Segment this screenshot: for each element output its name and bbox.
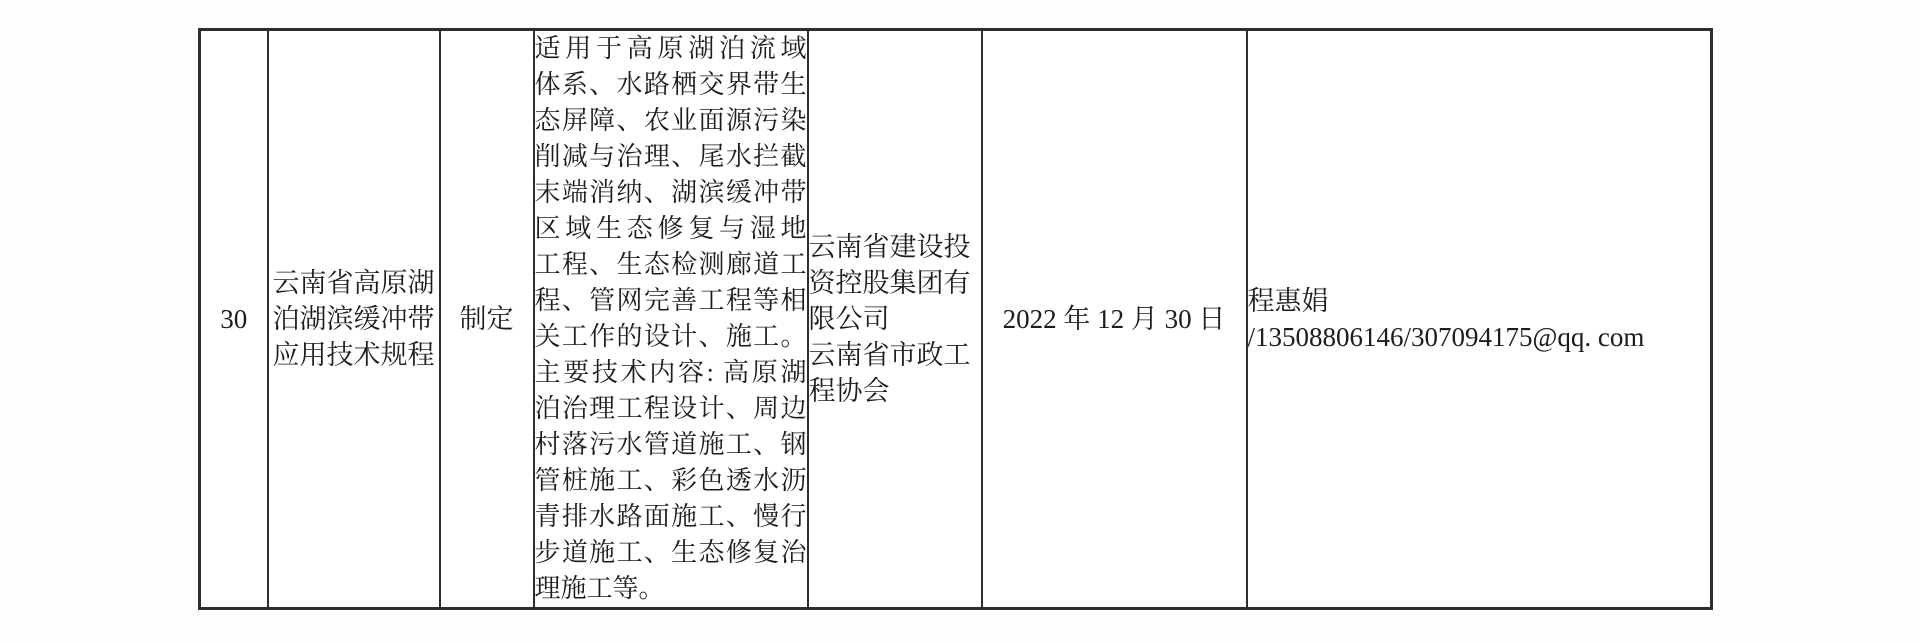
standard-title-line: 云南省高原湖 <box>269 265 439 301</box>
organization-line: 限公司 <box>809 301 981 337</box>
contact-name: 程惠娟 <box>1248 283 1711 319</box>
organization-line: 程协会 <box>809 373 981 409</box>
scope-line: 适用于高原湖泊流域 <box>535 31 807 67</box>
scope-line: 关工作的设计、施工。 <box>535 319 807 355</box>
drafting-organizations-cell: 云南省建设投 资控股集团有 限公司 云南省市政工 程协会 <box>808 30 982 609</box>
scope-line: 步道施工、生态修复治 <box>535 535 807 571</box>
organization-line: 云南省市政工 <box>809 337 981 373</box>
scope-line: 管桩施工、彩色透水沥 <box>535 463 807 499</box>
scanned-document-page: 30 云南省高原湖 泊湖滨缓冲带 应用技术规程 制定 适用于高原湖泊流域 体系、… <box>0 0 1920 643</box>
organization-line: 云南省建设投 <box>809 229 981 265</box>
scope-line: 泊治理工程设计、周边 <box>535 391 807 427</box>
standard-title-line: 应用技术规程 <box>269 337 439 373</box>
contact-info-cell: 程惠娟 /13508806146/307094175@qq. com <box>1247 30 1712 609</box>
scope-line: 工程、生态检测廊道工 <box>535 247 807 283</box>
contact-phone-email: /13508806146/307094175@qq. com <box>1248 319 1711 355</box>
standard-title-cell: 云南省高原湖 泊湖滨缓冲带 应用技术规程 <box>268 30 440 609</box>
row-number: 30 <box>201 301 267 337</box>
scope-line: 程、管网完善工程等相 <box>535 283 807 319</box>
scope-line: 青排水路面施工、慢行 <box>535 499 807 535</box>
scope-line: 区域生态修复与湿地 <box>535 211 807 247</box>
scope-line: 体系、水路栖交界带生 <box>535 67 807 103</box>
scope-line: 末端消纳、湖滨缓冲带 <box>535 175 807 211</box>
completion-date-cell: 2022 年 12 月 30 日 <box>982 30 1247 609</box>
scope-description-cell: 适用于高原湖泊流域 体系、水路栖交界带生 态屏障、农业面源污染 削减与治理、尾水… <box>534 30 808 609</box>
scope-line: 主要技术内容: 高原湖 <box>535 355 807 391</box>
table-row: 30 云南省高原湖 泊湖滨缓冲带 应用技术规程 制定 适用于高原湖泊流域 体系、… <box>200 30 1712 609</box>
scope-line: 态屏障、农业面源污染 <box>535 103 807 139</box>
project-type-label: 制定 <box>441 301 533 337</box>
scope-line: 理施工等。 <box>535 571 807 607</box>
organization-line: 资控股集团有 <box>809 265 981 301</box>
standards-table: 30 云南省高原湖 泊湖滨缓冲带 应用技术规程 制定 适用于高原湖泊流域 体系、… <box>198 28 1713 610</box>
scope-line: 削减与治理、尾水拦截 <box>535 139 807 175</box>
project-type-cell: 制定 <box>440 30 534 609</box>
row-number-cell: 30 <box>200 30 268 609</box>
scope-line: 村落污水管道施工、钢 <box>535 427 807 463</box>
standard-title-line: 泊湖滨缓冲带 <box>269 301 439 337</box>
completion-date: 2022 年 12 月 30 日 <box>983 301 1246 337</box>
